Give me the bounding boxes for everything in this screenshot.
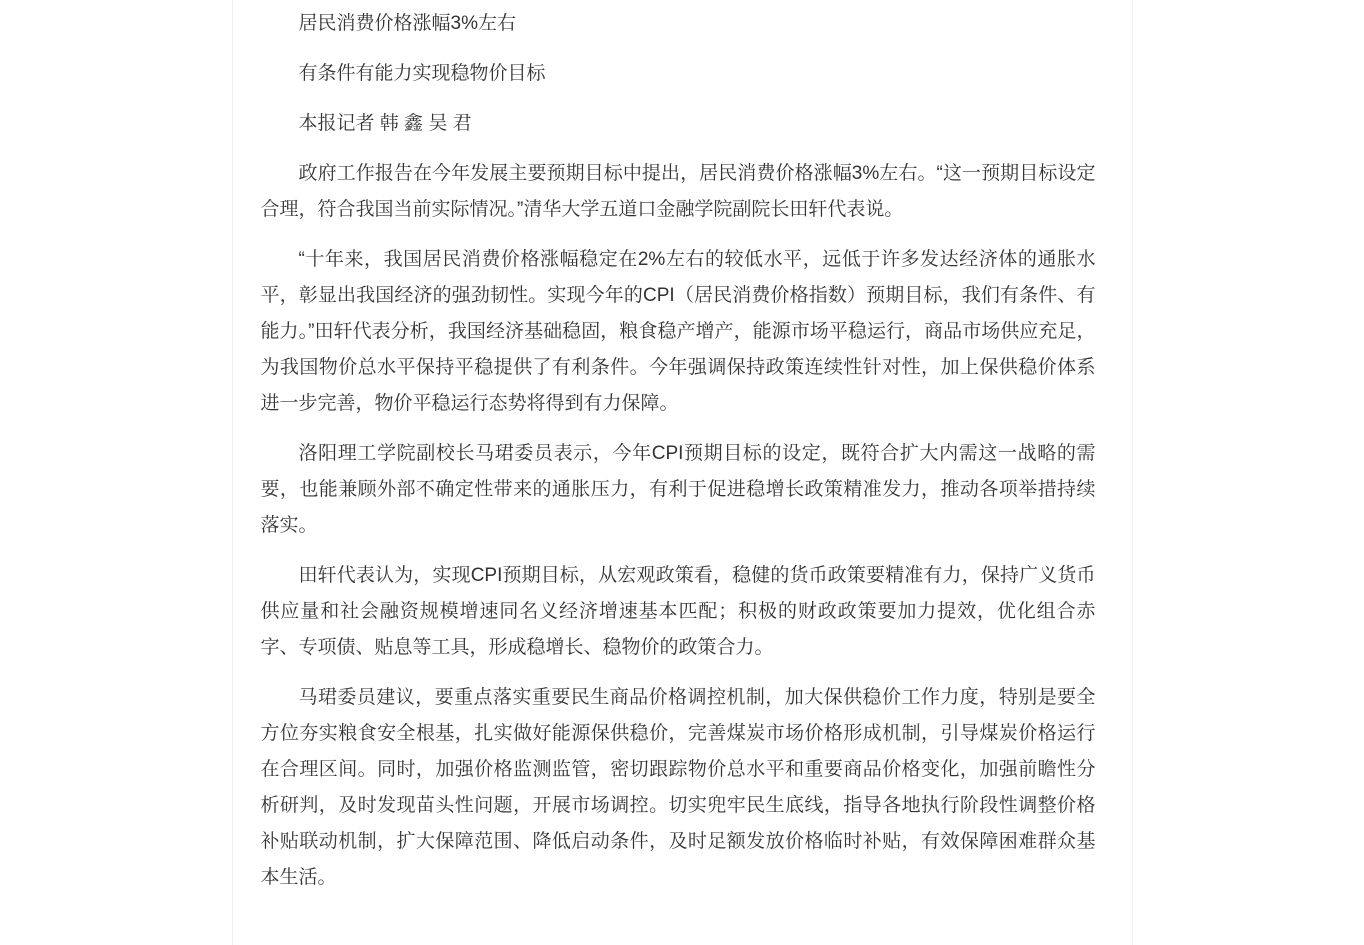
article-byline: 本报记者 韩 鑫 吴 君 — [261, 106, 1096, 142]
article-paragraph: 田轩代表认为，实现CPI预期目标，从宏观政策看，稳健的货币政策要精准有力，保持广… — [261, 558, 1096, 666]
article-paragraph: 洛阳理工学院副校长马珺委员表示，今年CPI预期目标的设定，既符合扩大内需这一战略… — [261, 436, 1096, 544]
article-subtitle: 有条件有能力实现稳物价目标 — [261, 56, 1096, 92]
article-paragraph: “十年来，我国居民消费价格涨幅稳定在2%左右的较低水平，远低于许多发达经济体的通… — [261, 242, 1096, 422]
article-title: 居民消费价格涨幅3%左右 — [261, 6, 1096, 42]
document-viewport: 居民消费价格涨幅3%左右 有条件有能力实现稳物价目标 本报记者 韩 鑫 吴 君 … — [0, 0, 1364, 945]
article-paragraph: 政府工作报告在今年发展主要预期目标中提出，居民消费价格涨幅3%左右。“这一预期目… — [261, 156, 1096, 228]
article-paragraph: 马珺委员建议，要重点落实重要民生商品价格调控机制，加大保供稳价工作力度，特别是要… — [261, 680, 1096, 896]
document-page: 居民消费价格涨幅3%左右 有条件有能力实现稳物价目标 本报记者 韩 鑫 吴 君 … — [232, 0, 1133, 945]
